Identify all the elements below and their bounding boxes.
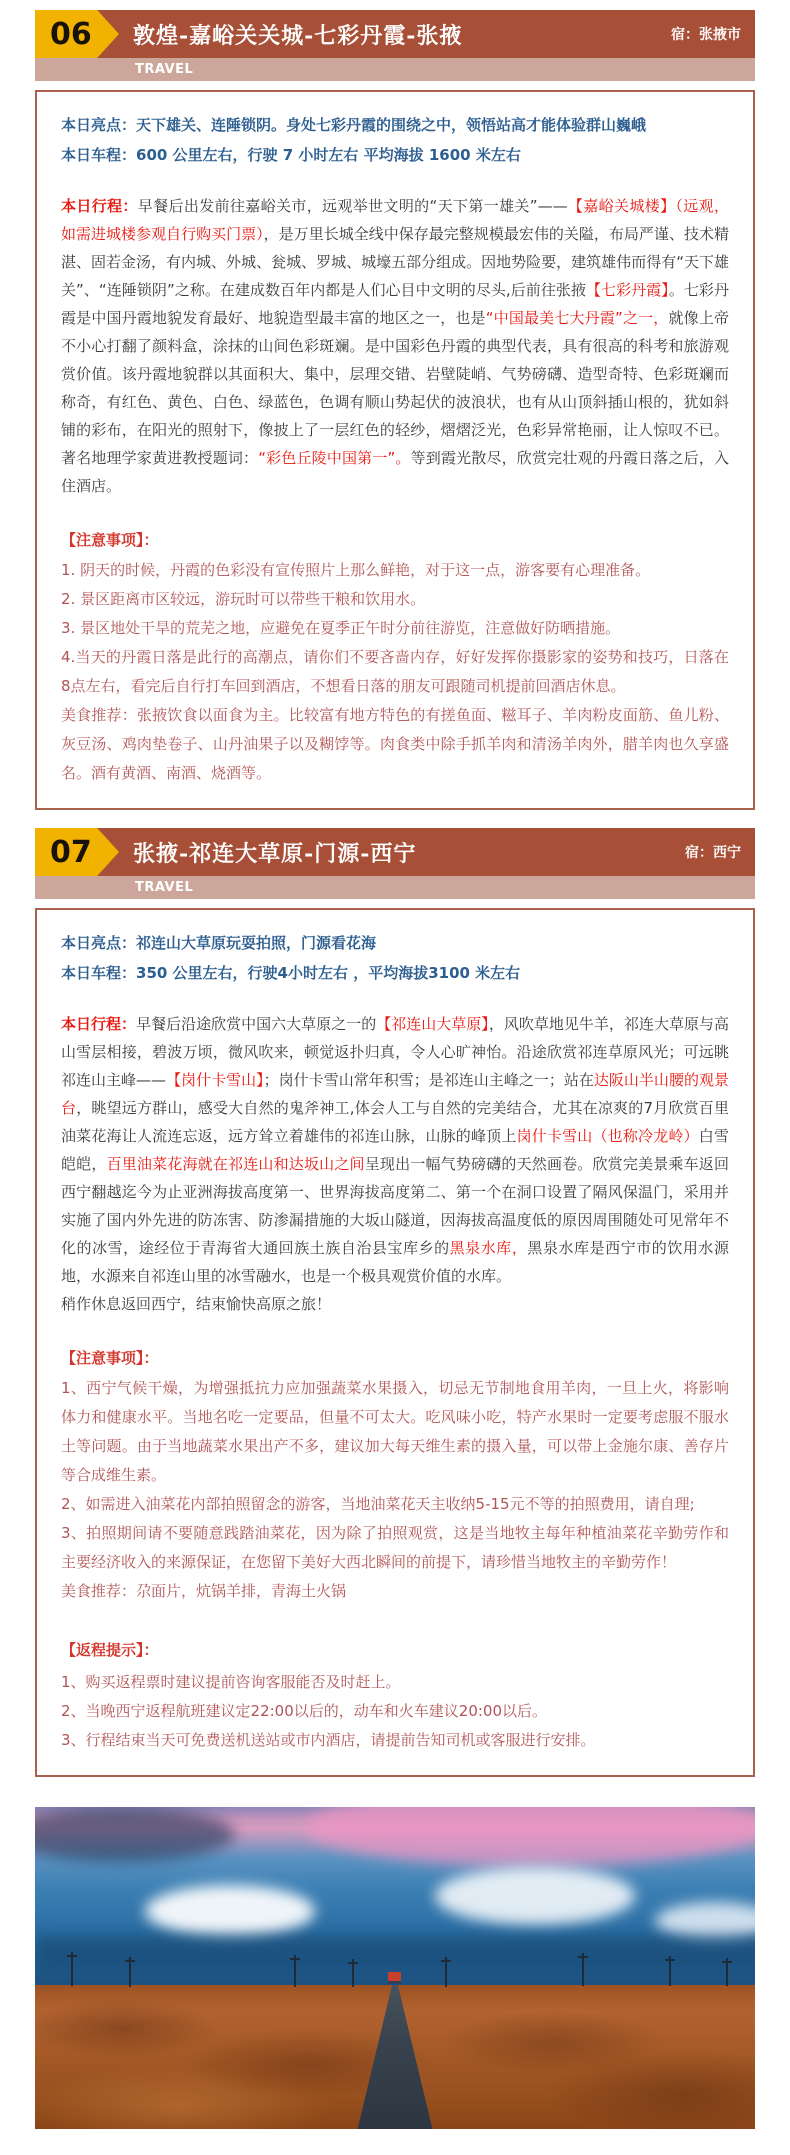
day-drive-line: 本日车程：350 公里左右，行驶4小时左右 ，平均海拔3100 米左右 [61,958,729,988]
power-pole [129,1957,131,1987]
day-number-badge: 06 [35,10,119,58]
list-item: 1、西宁气候干燥，为增强抵抗力应加强蔬菜水果摄入，切忌无节制地食用羊肉，一旦上火… [61,1374,729,1490]
day-drive-line: 本日车程：600 公里左右，行驶 7 小时左右 平均海拔 1600 米左右 [61,140,729,170]
text-segment: 本日行程： [61,197,138,215]
photo-truck [388,1972,401,1984]
day-title: 张掖-祁连大草原-门源-西宁 [133,837,685,868]
notes-title: 【注意事项】： [61,526,729,554]
white-cloud [435,1867,635,1925]
text-segment: 就像上帝不小心打翻了颜料盒，涂抹的山间色彩斑斓。是中国彩色丹霞的典型代表，具有很… [61,309,729,467]
day-content-box: 本日亮点：天下雄关、连陲锁阴。身处七彩丹霞的围绕之中，领悟站高才能体验群山巍峨 … [35,90,755,810]
day-number-badge: 07 [35,828,119,876]
text-segment: ；岗什卡雪山常年积雪；是祁连山主峰之一；站在 [264,1071,594,1089]
power-pole [71,1952,73,1986]
text-segment: 早餐后出发前往嘉峪关市，远观举世文明的“天下第一雄关”—— [138,197,568,215]
itinerary-epilogue: 稍作休息返回西宁，结束愉快高原之旅！ [61,1290,729,1318]
day-content-box: 本日亮点：祁连山大草原玩耍拍照，门源看花海 本日车程：350 公里左右，行驶4小… [35,908,755,1777]
day-highlight-line: 本日亮点：天下雄关、连陲锁阴。身处七彩丹霞的围绕之中，领悟站高才能体验群山巍峨 [61,110,729,140]
list-item: 1. 阴天的时候，丹霞的色彩没有宣传照片上那么鲜艳，对于这一点，游客要有心理准备… [61,556,729,585]
return-tips-list: 1、购买返程票时建议提前咨询客服能否及时赶上。2、当晚西宁返程航班建议定22:0… [61,1668,729,1755]
notes-title: 【注意事项】： [61,1344,729,1372]
text-segment: 黑泉水库， [450,1239,528,1257]
list-item: 1、购买返程票时建议提前咨询客服能否及时赶上。 [61,1668,729,1697]
travel-strip: TRAVEL [35,58,755,81]
travel-strip: TRAVEL [35,876,755,899]
power-pole [669,1956,671,1986]
power-pole [582,1953,584,1986]
day-header: 06 敦煌-嘉峪关关城-七彩丹霞-张掖 宿：张掖市 [35,10,755,58]
text-segment: 本日行程： [61,1015,136,1033]
text-segment: “中国最美七大丹霞”之一， [486,309,669,327]
power-pole [726,1958,728,1986]
white-cloud [145,1885,315,1937]
power-pole [294,1955,296,1987]
stay-city-label: 宿：西宁 [685,842,755,862]
list-item: 4.当天的丹霞日落是此行的高潮点，请你们不要吝啬内存，好好发挥你摄影家的姿势和技… [61,643,729,701]
itinerary-page: 06 敦煌-嘉峪关关城-七彩丹霞-张掖 宿：张掖市 TRAVEL 本日亮点：天下… [0,0,790,2155]
text-segment: 【岗什卡雪山】 [166,1071,264,1089]
day-section-07: 07 张掖-祁连大草原-门源-西宁 宿：西宁 TRAVEL 本日亮点：祁连山大草… [35,828,755,1777]
text-segment: 岗什卡雪山（也称冷龙岭） [517,1127,699,1145]
text-segment: 早餐后沿途欣赏中国六大草原之一的 [136,1015,376,1033]
horizon-cloud-band [35,1935,755,1969]
day-title: 敦煌-嘉峪关关城-七彩丹霞-张掖 [133,19,671,50]
food-recommendation: 美食推荐：张掖饮食以面食为主。比较富有地方特色的有搓鱼面、糍耳子、羊肉粉皮面筋、… [61,701,729,788]
stay-city-label: 宿：张掖市 [671,24,755,44]
list-item: 2、如需进入油菜花内部拍照留念的游客，当地油菜花天主收纳5-15元不等的拍照费用… [61,1490,729,1519]
day-section-06: 06 敦煌-嘉峪关关城-七彩丹霞-张掖 宿：张掖市 TRAVEL 本日亮点：天下… [35,10,755,810]
power-pole [445,1957,447,1987]
day-highlight-line: 本日亮点：祁连山大草原玩耍拍照，门源看花海 [61,928,729,958]
notes-list: 1、西宁气候干燥，为增强抵抗力应加强蔬菜水果摄入，切忌无节制地食用羊肉，一旦上火… [61,1374,729,1577]
notes-list: 1. 阴天的时候，丹霞的色彩没有宣传照片上那么鲜艳，对于这一点，游客要有心理准备… [61,556,729,701]
day-itinerary-paragraph: 本日行程：早餐后出发前往嘉峪关市，远观举世文明的“天下第一雄关”——【嘉峪关城楼… [61,192,729,500]
list-item: 2、当晚西宁返程航班建议定22:00以后的，动车和火车建议20:00以后。 [61,1697,729,1726]
list-item: 3、拍照期间请不要随意践踏油菜花，因为除了拍照观赏，这是当地牧主每年种植油菜花辛… [61,1519,729,1577]
desert-road-photo [35,1807,755,2129]
food-recommendation: 美食推荐：尕面片，炕锅羊排，青海土火锅 [61,1577,729,1606]
day-itinerary-paragraph: 本日行程：早餐后沿途欣赏中国六大草原之一的【祁连山大草原】，风吹草地见牛羊，祁连… [61,1010,729,1290]
list-item: 2. 景区距离市区较远，游玩时可以带些干粮和饮用水。 [61,585,729,614]
list-item: 3、行程结束当天可免费送机送站或市内酒店，请提前告知司机或客服进行安排。 [61,1726,729,1755]
text-segment: 【祁连山大草原】 [376,1015,489,1033]
power-pole [352,1959,354,1987]
list-item: 3. 景区地处干旱的荒芜之地，应避免在夏季正午时分前往游览，注意做好防晒措施。 [61,614,729,643]
text-segment: “彩色丘陵中国第一”。 [258,449,410,467]
text-segment: 【七彩丹霞】 [586,281,669,299]
day-header: 07 张掖-祁连大草原-门源-西宁 宿：西宁 [35,828,755,876]
text-segment: 百里油菜花海就在祁连山和达坂山之间 [107,1155,365,1173]
return-tips-title: 【返程提示】： [61,1636,729,1664]
